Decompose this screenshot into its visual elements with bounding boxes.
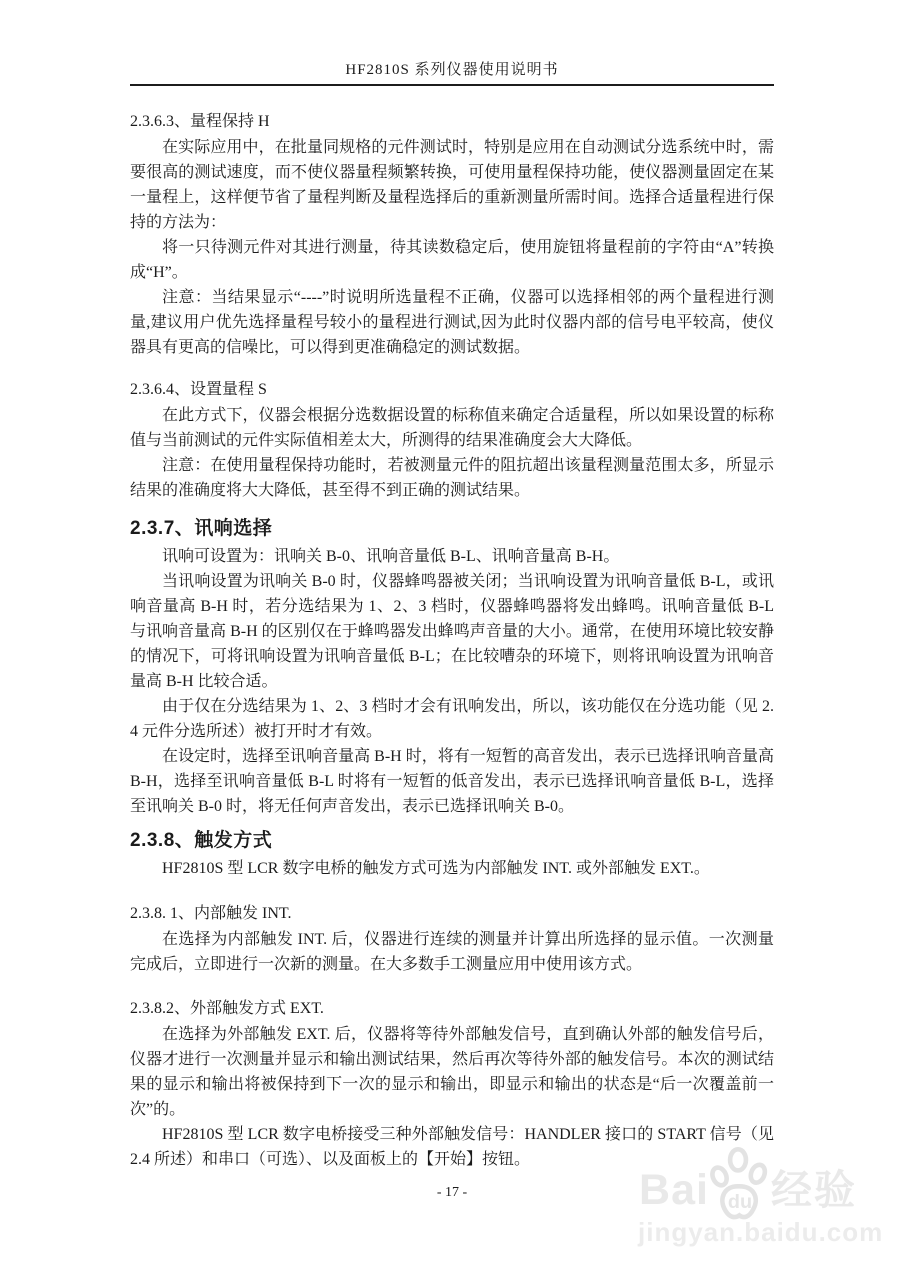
paragraph: 在设定时，选择至讯响音量高 B-H 时，将有一短暂的高音发出，表示已选择讯响音量… xyxy=(130,744,774,819)
document-page: HF2810S 系列仪器使用说明书 2.3.6.3、量程保持 H 在实际应用中，… xyxy=(0,0,904,1280)
baidu-logo-text-du: du xyxy=(728,1191,752,1213)
paragraph: 注意：在使用量程保持功能时，若被测量元件的阻抗超出该量程测量范围太多，所显示结果… xyxy=(130,453,774,503)
baidu-logo-text-jingyan: 经验 xyxy=(771,1170,857,1211)
paragraph: 由于仅在分选结果为 1、2、3 档时才会有讯响发出，所以，该功能仅在分选功能（见… xyxy=(130,694,774,744)
paragraph: HF2810S 型 LCR 数字电桥的触发方式可选为内部触发 INT. 或外部触… xyxy=(130,856,774,881)
document-body: 2.3.6.3、量程保持 H 在实际应用中，在批量同规格的元件测试时，特别是应用… xyxy=(130,109,774,1172)
baidu-jingyan-watermark: Bai du 经验 jingyan.baidu.com xyxy=(638,1146,858,1246)
paragraph: 在选择为内部触发 INT. 后，仪器进行连续的测量并计算出所选择的显示值。一次测… xyxy=(130,927,774,977)
paragraph: 将一只待测元件对其进行测量，待其读数稳定后，使用旋钮将量程前的字符由“A”转换成… xyxy=(130,235,774,285)
section-heading-trigger-mode: 2.3.8、触发方式 xyxy=(130,826,774,856)
section-heading-set-range: 2.3.6.4、设置量程 S xyxy=(130,377,774,403)
baidu-logo: Bai du 经验 xyxy=(638,1146,858,1214)
header-title: HF2810S 系列仪器使用说明书 xyxy=(130,59,774,81)
paragraph: 当讯响设置为讯响关 B-0 时，仪器蜂鸣器被关闭；当讯响设置为讯响音量低 B-L… xyxy=(130,569,774,694)
paragraph: 注意：当结果显示“----”时说明所选量程不正确，仪器可以选择相邻的两个量程进行… xyxy=(130,285,774,360)
paragraph: 在实际应用中，在批量同规格的元件测试时，特别是应用在自动测试分选系统中时，需要很… xyxy=(130,135,774,235)
section-heading-beeper-select: 2.3.7、讯响选择 xyxy=(130,514,774,544)
watermark-url: jingyan.baidu.com xyxy=(638,1218,858,1246)
baidu-logo-text-bai: Bai xyxy=(639,1169,709,1212)
paragraph: 在选择为外部触发 EXT. 后，仪器将等待外部触发信号，直到确认外部的触发信号后… xyxy=(130,1022,774,1122)
paw-icon: du xyxy=(707,1146,773,1220)
section-heading-internal-trigger: 2.3.8. 1、内部触发 INT. xyxy=(130,901,774,927)
section-heading-range-hold: 2.3.6.3、量程保持 H xyxy=(130,109,774,135)
page-number: - 17 - xyxy=(437,1185,467,1200)
paragraph: 讯响可设置为：讯响关 B-0、讯响音量低 B-L、讯响音量高 B-H。 xyxy=(130,544,774,569)
paragraph: 在此方式下，仪器会根据分选数据设置的标称值来确定合适量程，所以如果设置的标称值与… xyxy=(130,403,774,453)
page-header: HF2810S 系列仪器使用说明书 xyxy=(130,0,774,86)
section-heading-external-trigger: 2.3.8.2、外部触发方式 EXT. xyxy=(130,996,774,1022)
